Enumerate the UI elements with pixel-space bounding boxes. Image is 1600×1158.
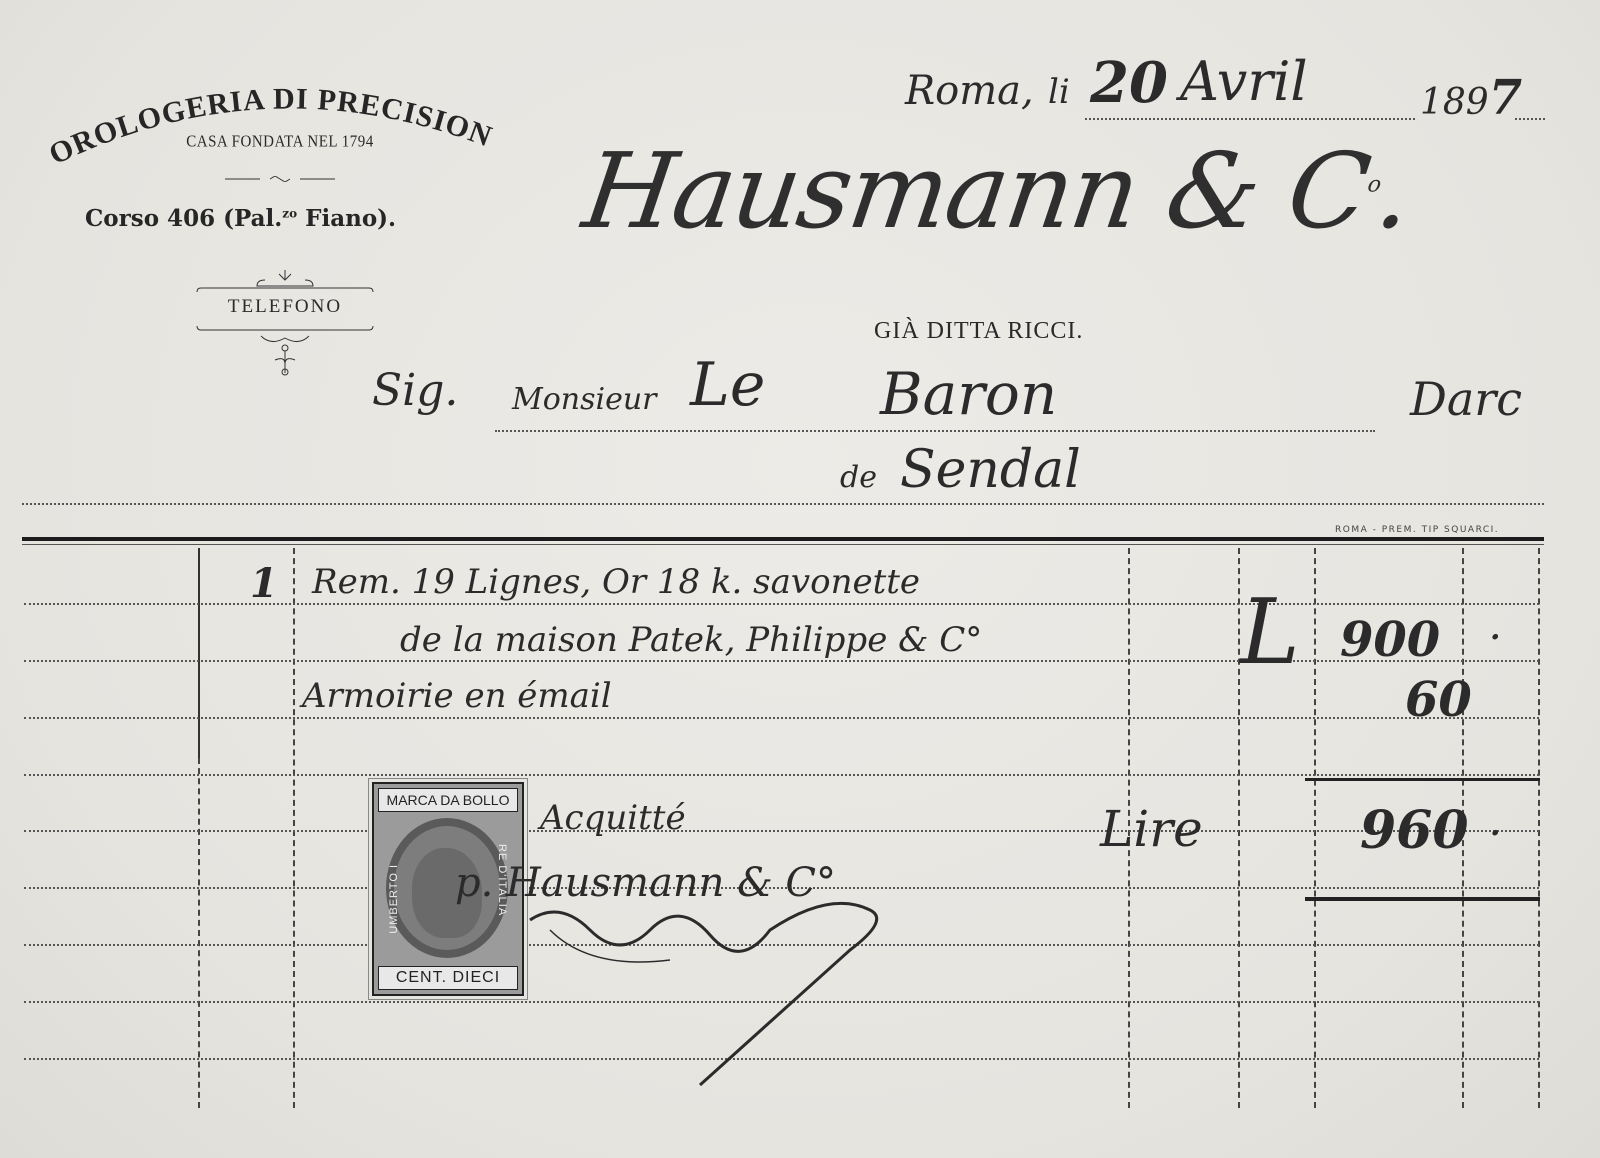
signature-acquitte: Acquitté	[540, 798, 686, 838]
date-day: 20	[1090, 50, 1168, 116]
date-li: li	[1048, 72, 1070, 112]
total-suffix: .	[1490, 808, 1500, 843]
item-2-amount: 60	[1405, 672, 1472, 728]
item-1-amount: 900	[1340, 612, 1440, 668]
recipient-dotted-line-2	[22, 503, 1544, 505]
column-divider-2	[293, 548, 295, 1108]
arched-title-graphic: OROLOGERIA DI PRECISIONE	[40, 70, 520, 180]
date-dotted-line	[1085, 118, 1415, 120]
founded-text: CASA FONDATA NEL 1794	[170, 133, 390, 153]
table-top-rule	[22, 537, 1544, 541]
telefono-label: TELEFONO	[205, 296, 365, 318]
item-2-description: Armoirie en émail	[302, 676, 612, 716]
year-dotted-line	[1515, 118, 1545, 120]
shop-address: Corso 406 (Pal.zo Fiano).	[85, 205, 396, 232]
recipient-dotted-line-1	[495, 430, 1375, 432]
row-line-3	[24, 717, 1539, 719]
recipient-baron: Baron	[880, 360, 1057, 428]
item-1-amount-suffix: .	[1490, 612, 1500, 647]
recipient-monsieur: Monsieur	[512, 382, 657, 417]
row-line-4	[24, 774, 1539, 776]
recipient-sig: Sig.	[372, 365, 458, 416]
printer-credit: ROMA - PREM. TIP SQUARCI.	[1335, 525, 1499, 535]
title-text: OROLOGERIA DI PRECISIONE	[40, 70, 497, 171]
recipient-surname: Sendal	[900, 440, 1081, 500]
column-divider-7	[1538, 548, 1540, 1108]
date-month: Avril	[1180, 50, 1308, 113]
column-divider-1	[198, 548, 200, 758]
row-line-2	[24, 660, 1539, 662]
stamp-left-text: UMBERTO I	[388, 864, 400, 934]
recipient-le: Le	[690, 350, 765, 420]
date-year: 1897	[1420, 70, 1522, 126]
recipient-de: de	[840, 460, 877, 495]
stamp-top-label: MARCA DA BOLLO	[378, 788, 518, 812]
row-line-5	[24, 830, 1539, 832]
column-divider-5	[1314, 548, 1316, 1108]
stamp-bottom-label: CENT. DIECI	[378, 966, 518, 990]
former-firm-name: GIÀ DITTA RICCI.	[874, 318, 1083, 345]
total-label: Lire	[1100, 800, 1203, 858]
invoice-paper: OROLOGERIA DI PRECISIONE CASA FONDATA NE…	[0, 0, 1600, 1158]
total-double-rule	[1305, 897, 1540, 901]
column-divider-1b	[198, 758, 200, 1108]
svg-text:OROLOGERIA DI PRECISIONE: OROLOGERIA DI PRECISIONE	[40, 70, 497, 171]
table-top-rule-thin	[22, 544, 1544, 545]
subtotal-rule	[1305, 778, 1540, 781]
item-1-qty: 1	[250, 560, 278, 607]
letterhead-title: OROLOGERIA DI PRECISIONE	[40, 70, 520, 180]
date-place: Roma,	[905, 68, 1034, 114]
firm-name: Hausmann & Co.	[576, 130, 1417, 252]
recipient-darc: Darc	[1410, 372, 1522, 426]
item-1-description-line1: Rem. 19 Lignes, Or 18 k. savonette	[312, 562, 920, 602]
item-1-description-line2: de la maison Patek, Philippe & C°	[400, 620, 982, 660]
signature-flourish-icon	[520, 890, 940, 1090]
dash-ornament-icon	[225, 176, 335, 182]
telefono-ornament-icon	[195, 268, 375, 378]
total-amount: 960	[1360, 800, 1469, 861]
item-1-currency: L	[1240, 580, 1300, 685]
